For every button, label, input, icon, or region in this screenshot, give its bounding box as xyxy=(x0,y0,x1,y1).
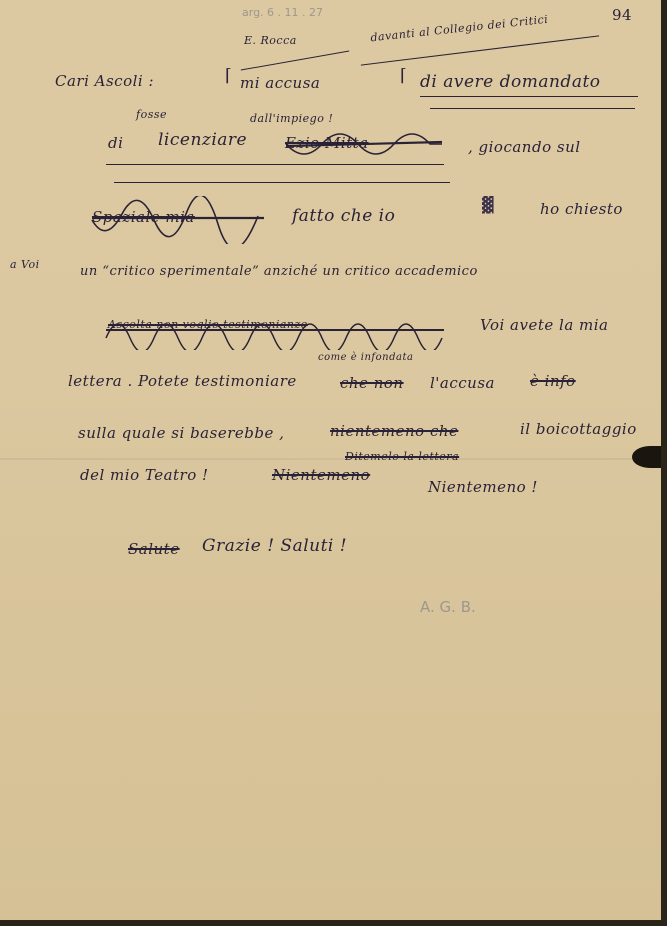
line5-tail: Voi avete la mia xyxy=(480,316,609,334)
line6-struck-b: è info xyxy=(530,372,576,390)
margin-note: a Voi xyxy=(10,258,40,271)
underline xyxy=(420,96,638,97)
line1-text: mi accusa xyxy=(240,74,320,92)
line3-struck-b: ▓ xyxy=(482,196,494,214)
underline xyxy=(430,108,635,109)
line8-text: del mio Teatro ! xyxy=(80,466,209,484)
insert-e-rocca: E. Rocca xyxy=(244,34,297,47)
scan-border-right xyxy=(661,0,667,926)
insert-fosse: fosse xyxy=(136,108,167,121)
underline xyxy=(114,182,450,183)
line3-text: fatto che io xyxy=(292,206,395,226)
line2-prefix: di xyxy=(108,134,123,152)
line8-struck-a: Nientemeno xyxy=(272,466,370,484)
line9-struck: Salute xyxy=(128,540,180,558)
archive-initials: A. G. B. xyxy=(420,598,476,616)
insert-curve-left xyxy=(241,50,350,70)
line7-tail: il boicottaggio xyxy=(520,420,637,438)
scribble-strikeout xyxy=(104,310,449,350)
line8-struck-b: Ditemelo la lettera xyxy=(345,450,459,463)
line3-tail: ho chiesto xyxy=(540,200,623,218)
archive-reference: arg. 6 . 11 . 27 xyxy=(242,6,323,19)
line2-tail: , giocando sul xyxy=(468,138,581,156)
line1-right: di avere domandato xyxy=(420,72,601,92)
page-number: 94 xyxy=(612,6,632,24)
line8-tail: Nientemeno ! xyxy=(428,478,538,496)
paper-tear xyxy=(632,446,661,468)
salutation: Cari Ascoli : xyxy=(55,72,154,90)
line6-mid: l'accusa xyxy=(430,374,495,392)
bracket-mark: ⌈ xyxy=(400,66,407,86)
underline xyxy=(106,164,444,165)
insert-davanti-collegio: davanti al Collegio dei Critici xyxy=(370,13,549,45)
bracket-mark: ⌈ xyxy=(225,66,232,86)
line7-text: sulla quale si baserebbe , xyxy=(78,424,284,442)
closing: Grazie ! Saluti ! xyxy=(202,536,347,556)
line4-text: un “critico sperimentale” anziché un cri… xyxy=(80,264,478,279)
line6-text: lettera . Potete testimoniare xyxy=(68,372,297,390)
line7-struck: nientemeno che xyxy=(330,422,458,440)
line6-struck-a: che non xyxy=(340,374,404,392)
manuscript-page: arg. 6 . 11 . 27 94 E. Rocca davanti al … xyxy=(0,0,661,920)
paper-fold-line xyxy=(0,458,661,460)
scan-border-bottom xyxy=(0,920,667,926)
scribble-strikeout xyxy=(284,124,444,164)
line2-main: licenziare xyxy=(158,130,247,150)
line6-insert: come è infondata xyxy=(318,352,413,363)
scribble-strikeout xyxy=(88,196,268,244)
